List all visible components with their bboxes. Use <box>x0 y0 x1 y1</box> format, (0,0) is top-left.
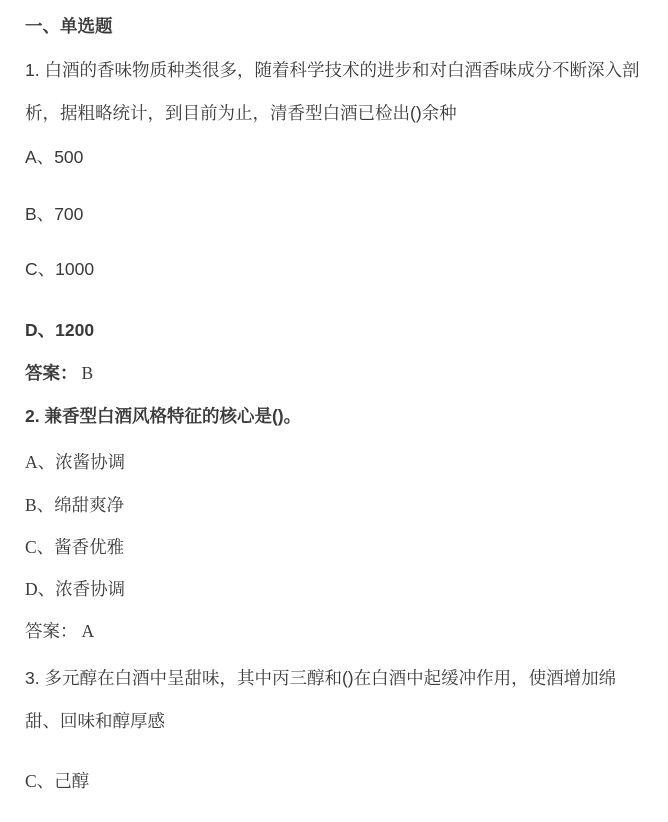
question-1-answer: 答案：B <box>25 363 93 384</box>
question-3-stem-line-1: 3. 多元醇在白酒中呈甜味，其中丙三醇和()在白酒中起缓冲作用，使酒增加绵 <box>25 668 616 689</box>
question-1-option-d: D、1200 <box>25 320 94 341</box>
question-2-option-b-text: 绵甜爽净 <box>54 495 124 515</box>
question-2-answer: 答案：A <box>25 621 94 642</box>
question-1-option-a: A、500 <box>25 147 83 168</box>
question-3-option-c: C、己醇 <box>25 771 89 792</box>
question-1-option-b: B、700 <box>25 204 83 225</box>
question-2-option-c-label: C、 <box>25 537 54 557</box>
question-2-option-d: D、浓香协调 <box>25 579 125 600</box>
question-2-option-c: C、酱香优雅 <box>25 537 124 558</box>
question-2-answer-value: A <box>82 621 95 641</box>
question-3-option-c-label: C、 <box>25 771 54 791</box>
question-1-option-c-label: C、 <box>25 259 55 279</box>
question-1-option-d-label: D、 <box>25 320 55 340</box>
question-2-stem-line-1: 2. 兼香型白酒风格特征的核心是()。 <box>25 406 301 427</box>
question-1-option-b-text: 700 <box>54 204 83 224</box>
quiz-document: 一、单选题 1. 白酒的香味物质种类很多，随着科学技术的进步和对白酒香味成分不断… <box>0 0 668 822</box>
question-1-stem-line-1: 1. 白酒的香味物质种类很多，随着科学技术的进步和对白酒香味成分不断深入剖 <box>25 60 639 81</box>
question-2-option-d-label: D、 <box>25 579 55 599</box>
question-1-option-a-label: A、 <box>25 147 54 167</box>
question-1-option-c: C、1000 <box>25 259 94 280</box>
question-2-option-a-text: 浓酱协调 <box>55 452 125 472</box>
question-2-option-b: B、绵甜爽净 <box>25 495 124 516</box>
question-1-option-d-text: 1200 <box>55 320 94 340</box>
question-1-stem-line-2: 析，据粗略统计，到目前为止，清香型白酒已检出()余种 <box>25 103 457 124</box>
question-2-option-b-label: B、 <box>25 495 54 515</box>
question-1-option-b-label: B、 <box>25 204 54 224</box>
section-title: 一、单选题 <box>25 16 113 37</box>
question-1-answer-label: 答案： <box>25 363 78 383</box>
question-2-option-a: A、浓酱协调 <box>25 452 125 473</box>
question-2-option-d-text: 浓香协调 <box>55 579 125 599</box>
question-1-answer-value: B <box>82 363 94 383</box>
question-1-option-a-text: 500 <box>54 147 83 167</box>
question-2-option-c-text: 酱香优雅 <box>54 537 124 557</box>
question-3-option-c-text: 己醇 <box>54 771 89 791</box>
question-2-answer-label: 答案： <box>25 621 78 641</box>
question-1-option-c-text: 1000 <box>55 259 94 279</box>
question-3-stem-line-2: 甜、回味和醇厚感 <box>25 711 165 732</box>
question-2-option-a-label: A、 <box>25 452 55 472</box>
